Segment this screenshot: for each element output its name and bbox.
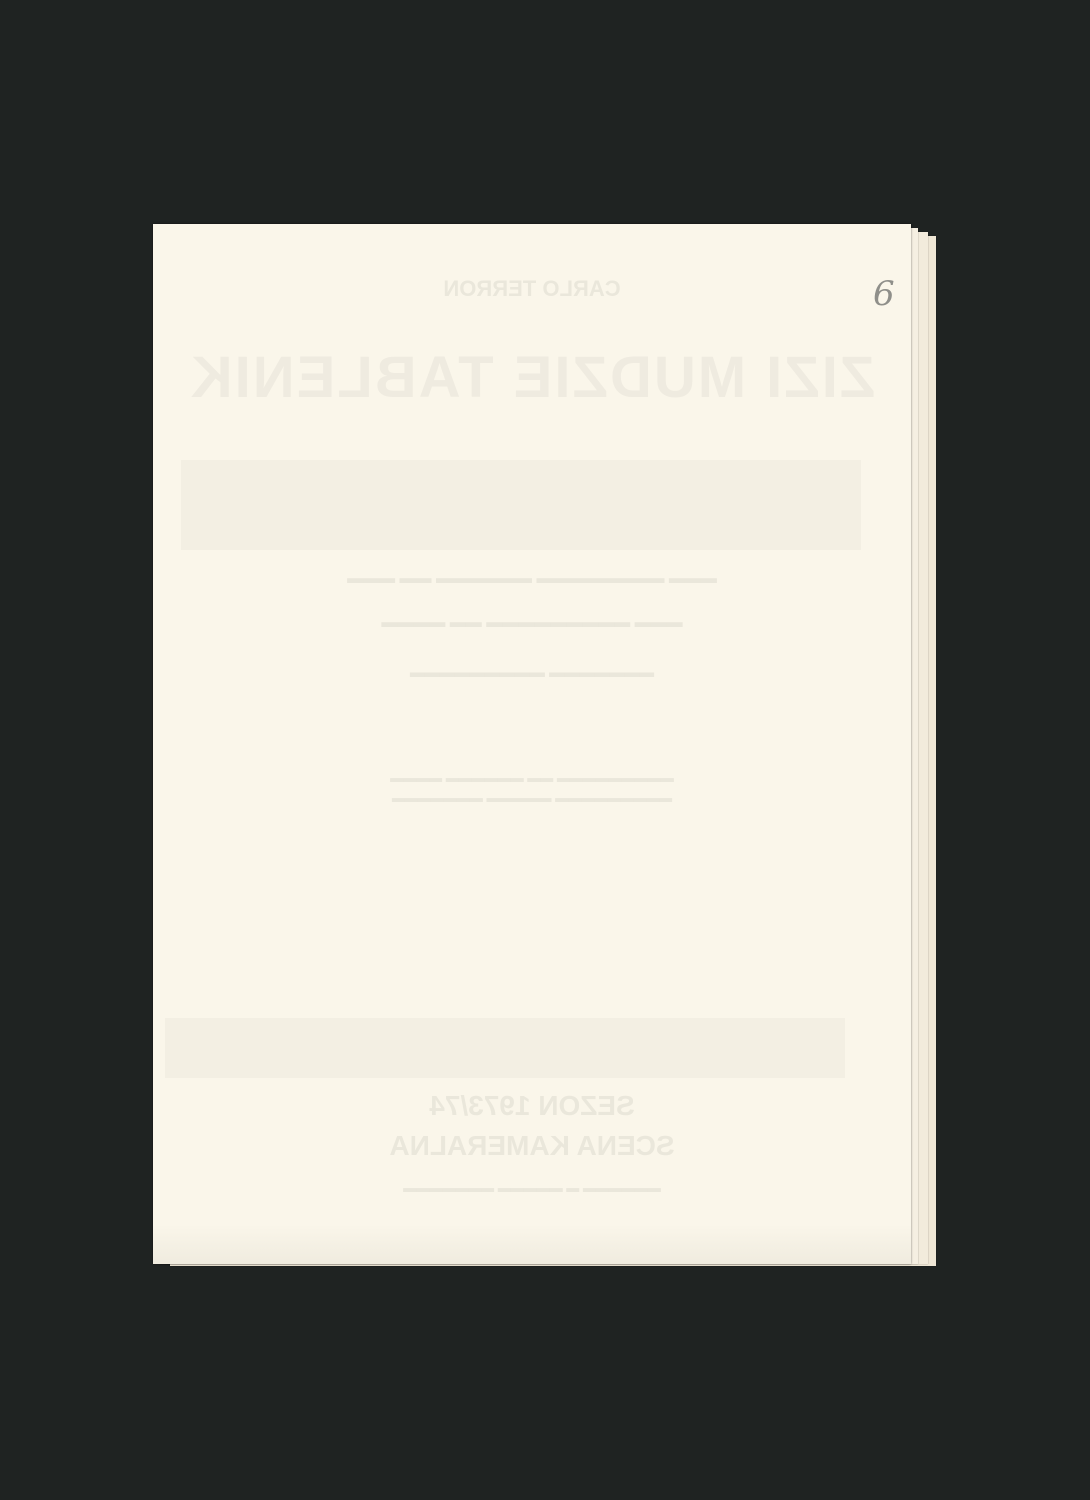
bleed-through-text-line: ▬▬▬ ▬▬▬▬▬▬▬▬▬ ▬▬ ▬▬▬▬ bbox=[153, 614, 911, 632]
bleed-through-season: SEZON 1973/74 bbox=[153, 1090, 911, 1122]
document-page: CARLO TERRON ZIZI MUDZIE TABLENIK ▬▬▬ ▬▬… bbox=[153, 224, 911, 1264]
bleed-through-author: CARLO TERRON bbox=[153, 276, 911, 302]
bleed-through-stage: SCENA KAMERALNA bbox=[153, 1130, 911, 1162]
bleed-through-band-top bbox=[181, 460, 861, 550]
bleed-through-text-line: ▬▬▬▬▬▬ ▬ ▬▬▬▬▬ ▬▬▬▬▬▬▬ bbox=[153, 1180, 911, 1195]
bleed-through-text-line: ▬▬▬▬▬▬▬ ▬▬▬▬▬▬▬▬▬ bbox=[153, 664, 911, 681]
bleed-through-text-line: ▬▬▬▬▬▬▬▬▬ ▬▬▬▬▬ ▬▬▬▬▬▬▬ bbox=[153, 790, 911, 805]
bleed-through-text-line: ▬▬▬▬▬▬▬▬▬ ▬▬ ▬▬▬▬▬▬ ▬▬▬▬ bbox=[153, 770, 911, 785]
bleed-through-title: ZIZI MUDZIE TABLENIK bbox=[153, 344, 911, 411]
bleed-through-text-line: ▬▬▬ ▬▬▬▬▬▬▬▬ ▬▬▬▬▬▬ ▬▬ ▬▬▬ bbox=[153, 570, 911, 588]
handwritten-page-number: 6 bbox=[873, 274, 895, 314]
bleed-through-band-bottom bbox=[165, 1018, 845, 1078]
